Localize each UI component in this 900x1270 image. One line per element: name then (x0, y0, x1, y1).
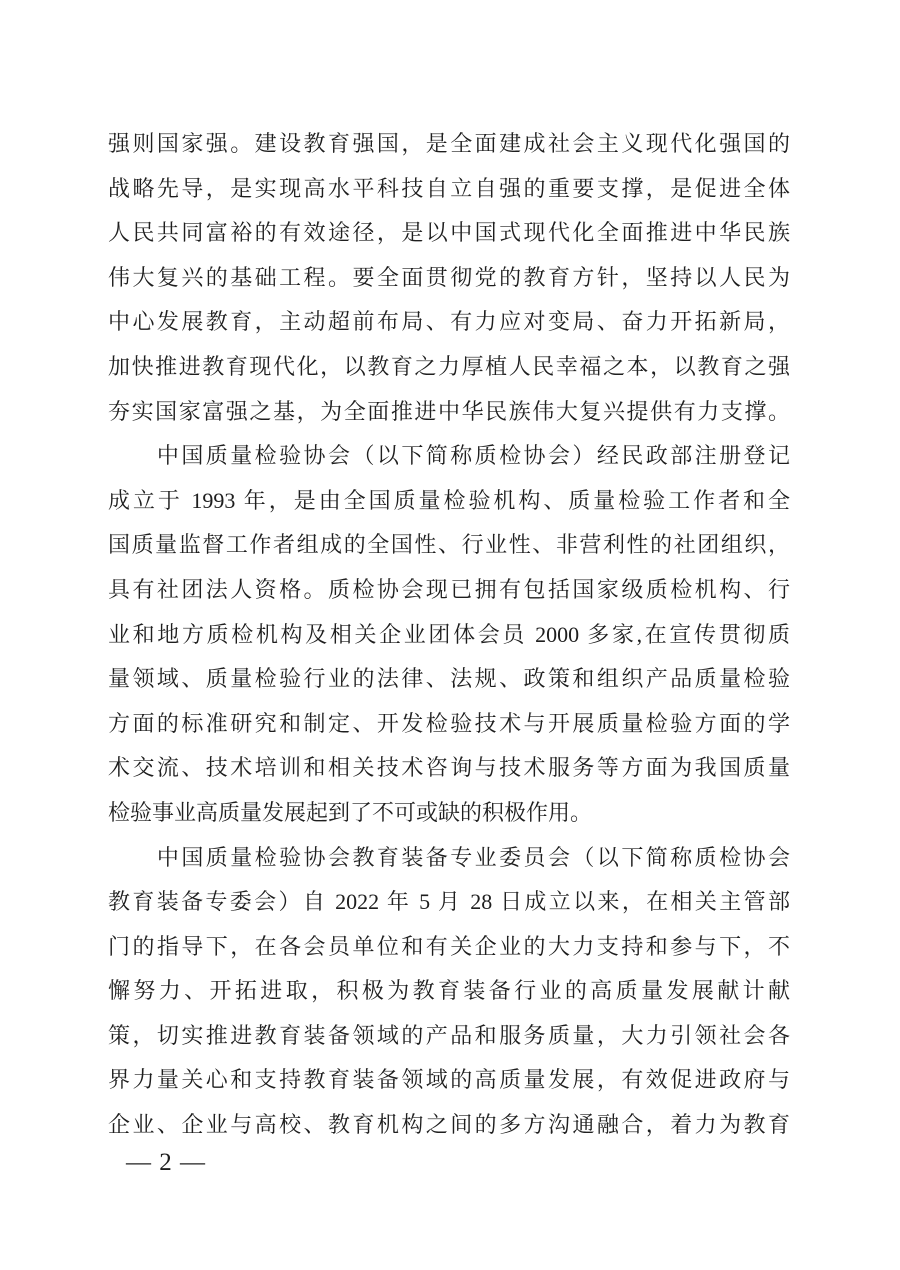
text-line: 伟大复兴的基础工程。要全面贯彻党的教育方针，坚持以人民为 (108, 256, 790, 301)
text-line: 术交流、技术培训和相关技术咨询与技术服务等方面为我国质量 (108, 746, 790, 791)
text-line: 量领域、质量检验行业的法律、法规、政策和组织产品质量检验 (108, 657, 790, 702)
text-line: 策，切实推进教育装备领域的产品和服务质量，大力引领社会各 (108, 1014, 790, 1059)
text-line: 教育装备专委会）自 2022 年 5 月 28 日成立以来，在相关主管部 (108, 880, 790, 925)
document-body: 强则国家强。建设教育强国，是全面建成社会主义现代化强国的战略先导，是实现高水平科… (108, 122, 790, 1148)
text-line: 企业、企业与高校、教育机构之间的多方沟通融合，着力为教育 (108, 1103, 790, 1148)
text-line: 成立于 1993 年，是由全国质量检验机构、质量检验工作者和全 (108, 479, 790, 524)
text-line: 加快推进教育现代化，以教育之力厚植人民幸福之本，以教育之强 (108, 345, 790, 390)
page-footer: — 2 — (126, 1148, 206, 1178)
text-line: 具有社团法人资格。质检协会现已拥有包括国家级质检机构、行 (108, 568, 790, 613)
text-line: 界力量关心和支持教育装备领域的高质量发展，有效促进政府与 (108, 1058, 790, 1103)
text-line: 门的指导下，在各会员单位和有关企业的大力支持和参与下，不 (108, 925, 790, 970)
text-line: 强则国家强。建设教育强国，是全面建成社会主义现代化强国的 (108, 122, 790, 167)
page-number: — 2 — (126, 1149, 206, 1176)
document-page: 强则国家强。建设教育强国，是全面建成社会主义现代化强国的战略先导，是实现高水平科… (0, 0, 900, 1270)
text-line: 中国质量检验协会教育装备专业委员会（以下简称质检协会 (108, 836, 790, 881)
text-line: 国质量监督工作者组成的全国性、行业性、非营利性的社团组织， (108, 523, 790, 568)
text-line: 懈努力、开拓进取，积极为教育装备行业的高质量发展献计献 (108, 969, 790, 1014)
text-line: 方面的标准研究和制定、开发检验技术与开展质量检验方面的学 (108, 702, 790, 747)
text-line: 战略先导，是实现高水平科技自立自强的重要支撑，是促进全体 (108, 167, 790, 212)
text-line: 中心发展教育，主动超前布局、有力应对变局、奋力开拓新局， (108, 300, 790, 345)
text-line: 业和地方质检机构及相关企业团体会员 2000 多家,在宣传贯彻质 (108, 613, 790, 658)
text-line: 夯实国家富强之基，为全面推进中华民族伟大复兴提供有力支撑。 (108, 390, 790, 435)
text-line: 检验事业高质量发展起到了不可或缺的积极作用。 (108, 791, 790, 836)
text-line: 人民共同富裕的有效途径，是以中国式现代化全面推进中华民族 (108, 211, 790, 256)
text-line: 中国质量检验协会（以下简称质检协会）经民政部注册登记 (108, 434, 790, 479)
